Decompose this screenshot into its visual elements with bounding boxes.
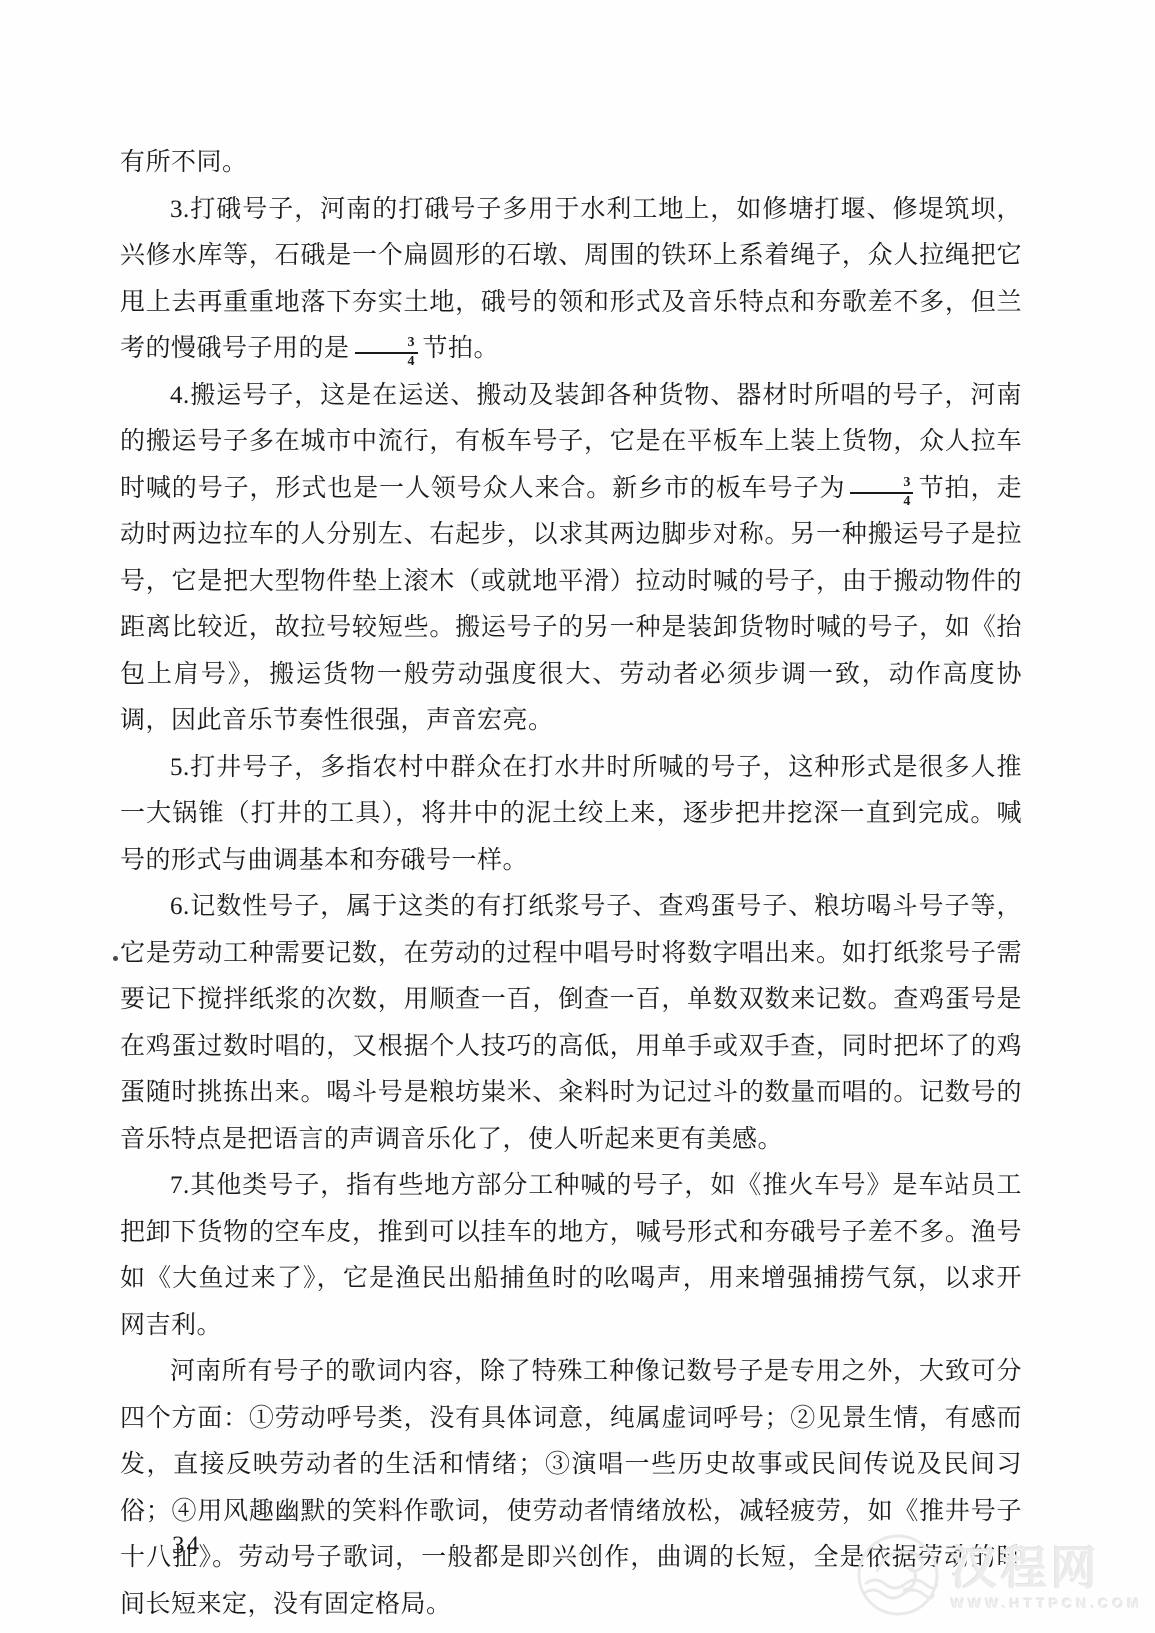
document-page: 有所不同。3.打硪号子，河南的打硪号子多用于水利工地上，如修塘打堰、修堤筑坝，兴… — [0, 0, 1155, 1633]
time-signature-fraction: 34 — [355, 336, 418, 369]
dragon-wave-logo-icon — [855, 1532, 941, 1623]
watermark-site-name: 汉程网 — [951, 1542, 1101, 1594]
time-signature-fraction: 34 — [850, 476, 913, 509]
paragraph: 6.记数性号子，属于这类的有打纸浆号子、查鸡蛋号子、粮坊喝斗号子等，它是劳动工种… — [120, 884, 1022, 1163]
watermark: 汉程网 WWW.HTTPCN.COM — [855, 1532, 1143, 1623]
page-number: 34 — [172, 1532, 201, 1560]
paragraph: 3.打硪号子，河南的打硪号子多用于水利工地上，如修塘打堰、修堤筑坝，兴修水库等，… — [120, 187, 1022, 373]
paragraph: 7.其他类号子，指有些地方部分工种喊的号子，如《推火车号》是车站员工把卸下货物的… — [120, 1163, 1022, 1349]
watermark-site-url: WWW.HTTPCN.COM — [951, 1595, 1143, 1611]
body-text: 有所不同。3.打硪号子，河南的打硪号子多用于水利工地上，如修塘打堰、修堤筑坝，兴… — [120, 140, 1022, 1628]
paragraph: 5.打井号子，多指农村中群众在打水井时所喊的号子，这种形式是很多人推一大锅锥（打… — [120, 745, 1022, 885]
paragraph: 4.搬运号子，这是在运送、搬动及装卸各种货物、器材时所唱的号子，河南的搬运号子多… — [120, 373, 1022, 745]
ink-speck — [113, 956, 118, 961]
paragraph: 有所不同。 — [120, 140, 1022, 187]
